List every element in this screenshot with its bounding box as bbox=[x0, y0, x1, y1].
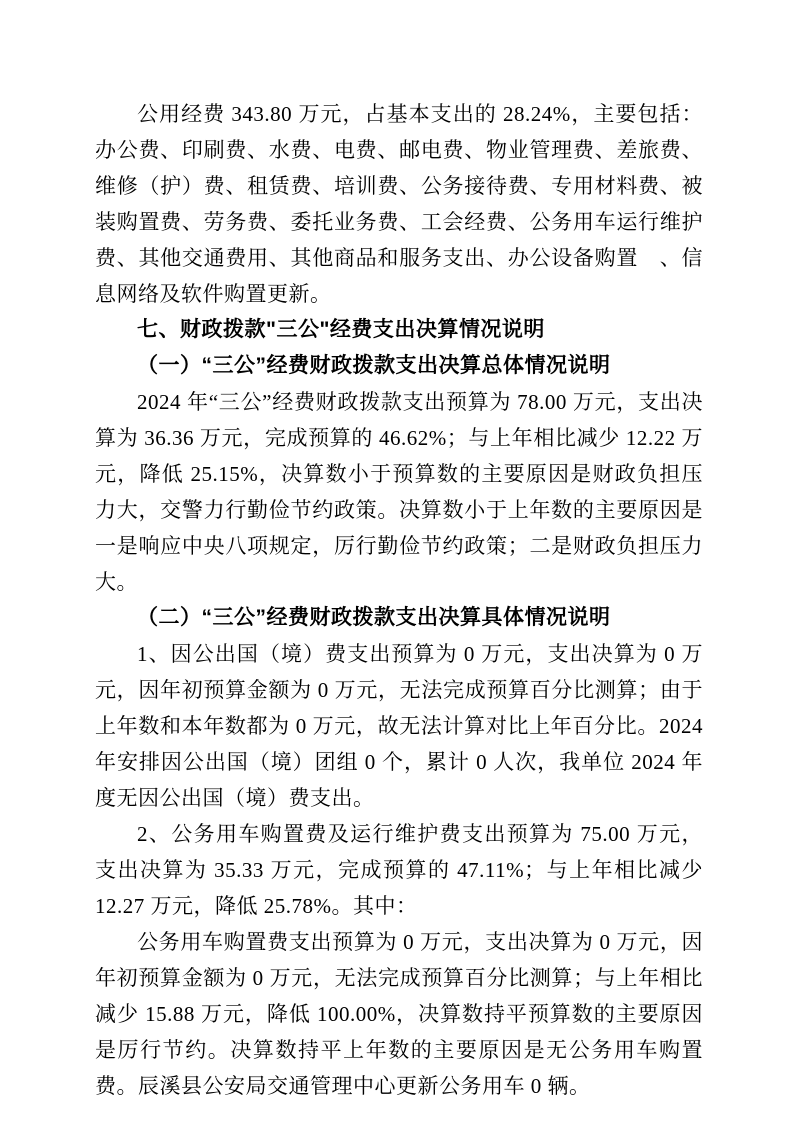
paragraph-public-funds-breakdown: 公用经费 343.80 万元，占基本支出的 28.24%，主要包括：办公费、印刷… bbox=[95, 96, 703, 312]
document-page: 公用经费 343.80 万元，占基本支出的 28.24%，主要包括：办公费、印刷… bbox=[0, 0, 793, 1122]
paragraph-overseas-travel-expenses: 1、因公出国（境）费支出预算为 0 万元，支出决算为 0 万元，因年初预算金额为… bbox=[95, 636, 703, 816]
heading-section-seven-three-public-expenses: 七、财政拨款"三公"经费支出决算情况说明 bbox=[95, 312, 703, 348]
paragraph-official-vehicle-purchase-expenses: 公务用车购置费支出预算为 0 万元，支出决算为 0 万元，因年初预算金额为 0 … bbox=[95, 924, 703, 1104]
paragraph-official-vehicle-total-expenses: 2、公务用车购置费及运行维护费支出预算为 75.00 万元，支出决算为 35.3… bbox=[95, 816, 703, 924]
paragraph-overall-three-public-expenses: 2024 年“三公”经费财政拨款支出预算为 78.00 万元，支出决算为 36.… bbox=[95, 384, 703, 600]
heading-subsection-one-overall-situation: （一）“三公”经费财政拨款支出决算总体情况说明 bbox=[95, 348, 703, 384]
document-content: 公用经费 343.80 万元，占基本支出的 28.24%，主要包括：办公费、印刷… bbox=[95, 96, 703, 1104]
heading-subsection-two-specific-situation: （二）“三公”经费财政拨款支出决算具体情况说明 bbox=[95, 600, 703, 636]
